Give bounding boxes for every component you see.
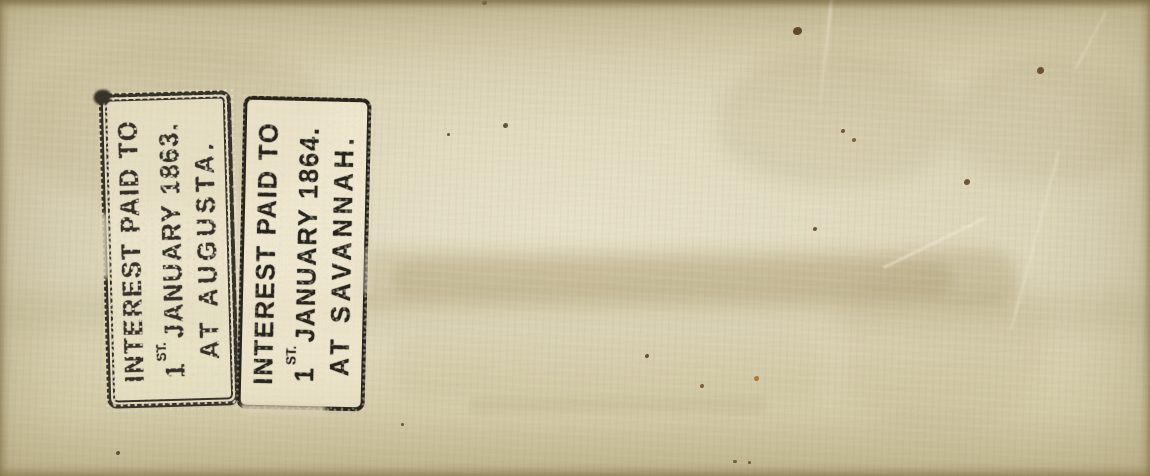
foxing-spot: [1037, 67, 1044, 74]
bleedthrough-arch-right: [952, 56, 1140, 182]
foxing-spot: [401, 423, 404, 426]
banknote-back-scan: INTEREST PAID TO 1ST.JANUARY 1863. AT AU…: [0, 0, 1150, 476]
foxing-spot: [813, 227, 817, 231]
crease-line: [1010, 151, 1060, 330]
foxing-spot: [852, 138, 856, 142]
foxing-spot: [116, 451, 120, 455]
stamp-text: INTEREST PAID TO 1ST.JANUARY 1863. AT AU…: [109, 100, 229, 399]
crease-line: [1075, 11, 1107, 68]
bleedthrough-arch-left: [718, 52, 953, 184]
stamp-line-city: AT SAVANNAH.: [322, 115, 363, 394]
foxing-spot: [754, 376, 759, 381]
bleedthrough-script-block: [392, 336, 827, 398]
crease-line: [818, 0, 833, 114]
foxing-spot: [964, 179, 970, 185]
foxing-spot: [793, 27, 802, 35]
bleedthrough-patch-right: [838, 256, 1043, 431]
stamp-text: INTEREST PAID TO 1ST.JANUARY 1864. AT SA…: [245, 104, 364, 402]
stamp-line-date: 1ST.JANUARY 1864.: [281, 114, 328, 393]
bleedthrough-title-band: [352, 249, 1017, 309]
bleedthrough-signature: [466, 396, 769, 414]
stamp-interest-paid-1863-augusta: INTEREST PAID TO 1ST.JANUARY 1863. AT AU…: [99, 90, 240, 409]
bleedthrough-title-band-inner: [392, 261, 952, 297]
foxing-spot: [447, 133, 450, 136]
stamp-interest-paid-1864-savannah: INTEREST PAID TO 1ST.JANUARY 1864. AT SA…: [236, 96, 371, 412]
foxing-spot: [700, 384, 704, 388]
foxing-spot: [841, 129, 845, 133]
foxing-spot: [503, 123, 508, 128]
crease-line: [883, 218, 985, 269]
foxing-spot: [482, 1, 487, 5]
foxing-spot: [748, 461, 751, 464]
foxing-spot: [733, 460, 737, 463]
foxing-spot: [645, 354, 649, 358]
